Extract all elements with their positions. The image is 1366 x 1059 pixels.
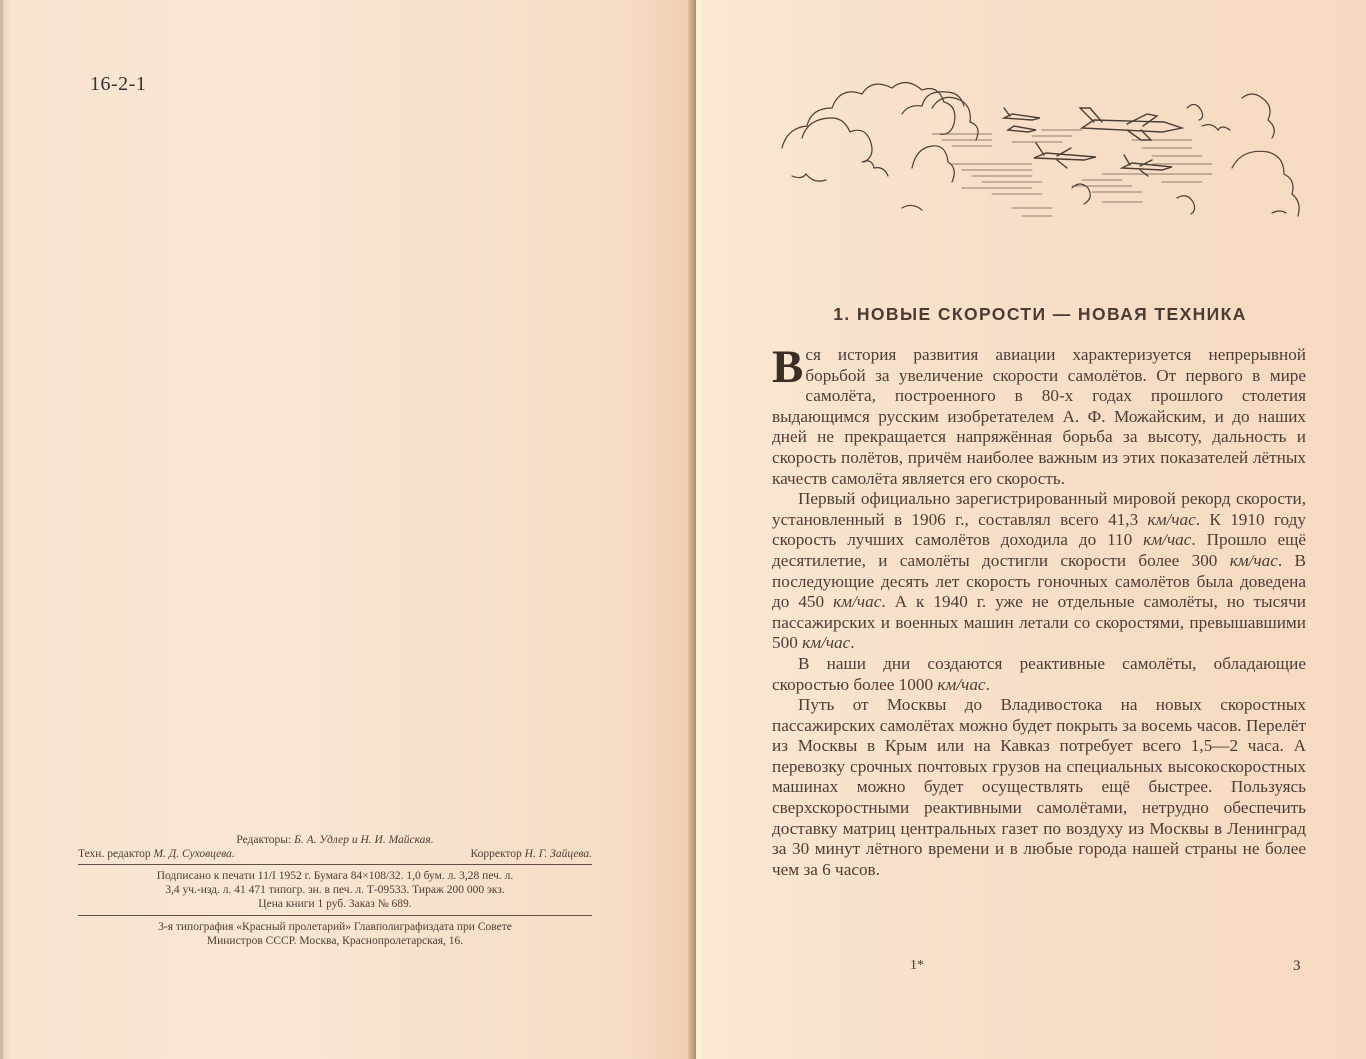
chapter-body-text: Вся история развития авиации характеризу…	[772, 345, 1306, 880]
text-run: .	[986, 675, 990, 694]
unit-kmh: км/час	[802, 633, 850, 652]
printer-line-2: Министров СССР. Москва, Краснопролетарск…	[78, 934, 592, 948]
editors-line: Редакторы: Б. А. Удлер и Н. И. Майская.	[78, 833, 592, 847]
print-details-line-2: 3,4 уч.-изд. л. 41 471 типогр. зн. в печ…	[78, 883, 592, 897]
page-number: 3	[1293, 958, 1301, 975]
chapter-title: 1. НОВЫЕ СКОРОСТИ — НОВАЯ ТЕХНИКА	[760, 304, 1320, 325]
paragraph-1: Вся история развития авиации характеризу…	[772, 345, 1306, 489]
text-run: .	[850, 633, 854, 652]
paragraph-2: Первый официально зарегистрированный мир…	[772, 489, 1306, 654]
corrector-label: Корректор	[471, 848, 522, 860]
unit-kmh: км/час	[1148, 510, 1196, 529]
divider	[78, 864, 592, 865]
colophon-imprint: Редакторы: Б. А. Удлер и Н. И. Майская. …	[78, 833, 592, 948]
paragraph-4: Путь от Москвы до Владивостока на новых …	[772, 695, 1306, 880]
gutter-highlight	[696, 0, 706, 1059]
print-details-line-3: Цена книги 1 руб. Заказ № 689.	[78, 897, 592, 911]
footer-signature-mark: 1*	[910, 958, 924, 974]
tech-editor-label: Техн. редактор	[78, 848, 151, 860]
clouds-and-aircraft-illustration	[772, 78, 1322, 228]
paragraph-3: В наши дни создаются реактивные самолёты…	[772, 654, 1306, 695]
editors-label: Редакторы:	[236, 834, 291, 846]
unit-kmh: км/час	[1230, 551, 1278, 570]
tech-editor: Техн. редактор М. Д. Суховцева.	[78, 847, 235, 861]
drop-cap: В	[772, 347, 803, 387]
corrector-name: Н. Г. Зайцева.	[525, 848, 592, 860]
unit-kmh: км/час	[833, 592, 881, 611]
editors-names: Б. А. Удлер и Н. И. Майская.	[294, 834, 434, 846]
unit-kmh: км/час	[1143, 530, 1191, 549]
paragraph-1-text: ся история развития авиации характеризуе…	[772, 345, 1306, 488]
tech-editor-name: М. Д. Суховцева.	[154, 848, 235, 860]
print-details-line-1: Подписано к печати 11/I 1952 г. Бумага 8…	[78, 869, 592, 883]
divider	[78, 915, 592, 916]
book-spread: 16-2-1 Редакторы: Б. А. Удлер и Н. И. Ма…	[0, 0, 1366, 1059]
corrector: Корректор Н. Г. Зайцева.	[471, 847, 593, 861]
printer-line-1: 3-я типография «Красный пролетарий» Глав…	[78, 920, 592, 934]
signature-mark: 16-2-1	[90, 73, 146, 96]
text-run: В наши дни создаются реактивные самолёты…	[772, 654, 1306, 694]
gutter-shadow	[688, 0, 696, 1059]
unit-kmh: км/час	[937, 675, 985, 694]
tech-editor-corrector-line: Техн. редактор М. Д. Суховцева. Корректо…	[78, 847, 592, 861]
